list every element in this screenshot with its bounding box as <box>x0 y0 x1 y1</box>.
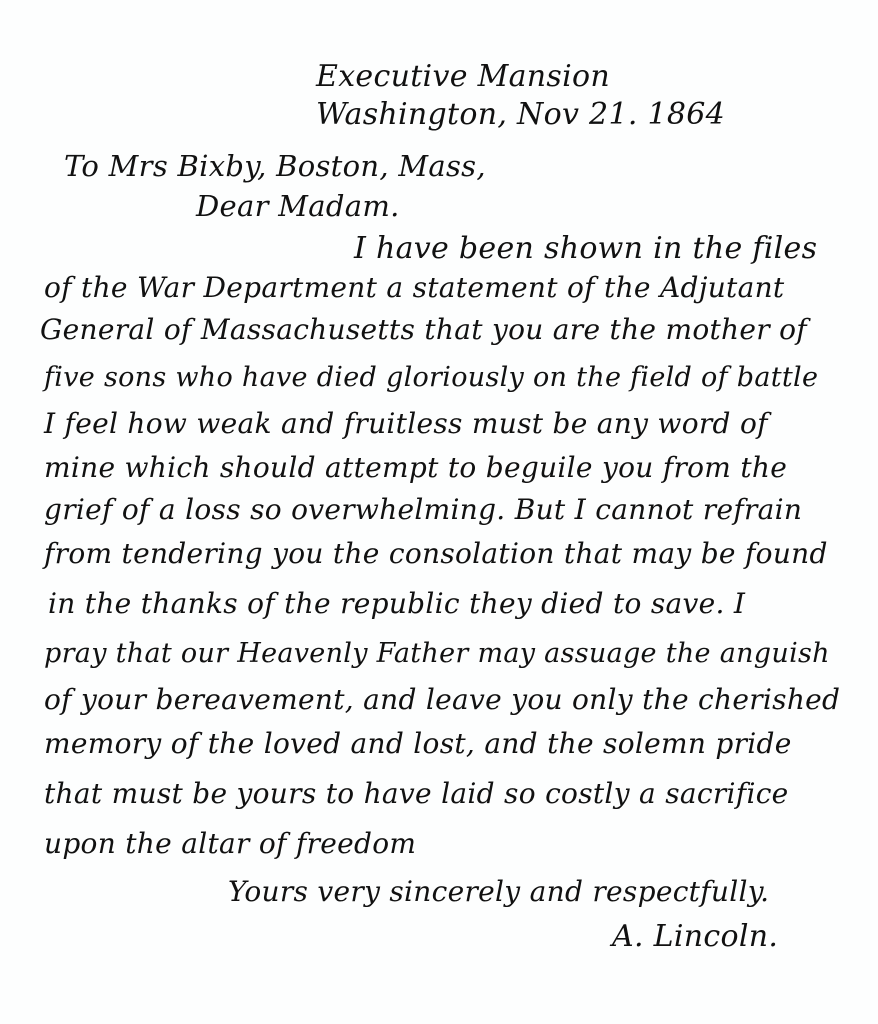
addressee: To Mrs Bixby, Boston, Mass, <box>64 152 486 181</box>
salutation: Dear Madam. <box>196 192 400 221</box>
signature: A. Lincoln. <box>612 922 778 952</box>
body-line: that must be yours to have laid so costl… <box>44 780 789 808</box>
heading-date: Washington, Nov 21. 1864 <box>316 100 725 130</box>
body-line: of your bereavement, and leave you only … <box>44 686 840 714</box>
body-line: grief of a loss so overwhelming. But I c… <box>44 496 802 524</box>
body-line: General of Massachusetts that you are th… <box>40 316 807 344</box>
body-line: of the War Department a statement of the… <box>44 274 785 302</box>
heading-location: Executive Mansion <box>316 62 610 92</box>
body-line: five sons who have died gloriously on th… <box>44 364 818 391</box>
body-line: from tendering you the consolation that … <box>44 540 828 568</box>
closing: Yours very sincerely and respectfully. <box>228 878 769 906</box>
letter-page: Executive Mansion Washington, Nov 21. 18… <box>0 0 878 1024</box>
body-line: I have been shown in the files <box>354 234 817 264</box>
body-line: upon the altar of freedom <box>44 830 416 858</box>
body-line: in the thanks of the republic they died … <box>48 590 745 618</box>
body-line: memory of the loved and lost, and the so… <box>44 730 792 758</box>
body-line: pray that our Heavenly Father may assuag… <box>44 640 830 667</box>
body-line: I feel how weak and fruitless must be an… <box>44 410 768 438</box>
body-line: mine which should attempt to beguile you… <box>44 454 787 482</box>
